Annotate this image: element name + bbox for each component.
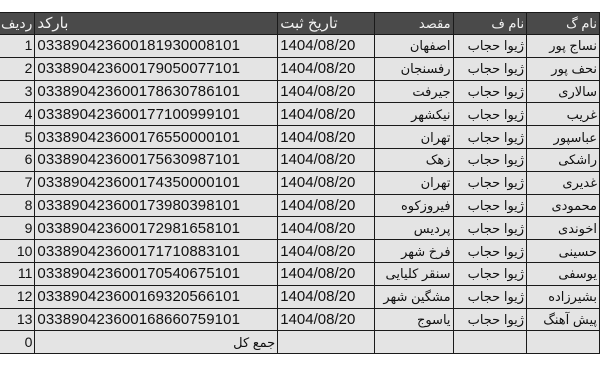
cell-index[interactable]: 2: [0, 57, 35, 80]
cell-destination[interactable]: اصفهان: [375, 35, 453, 58]
cell-name-f[interactable]: ژیوا حجاب: [453, 217, 527, 240]
cell-name-f[interactable]: ژیوا حجاب: [453, 148, 527, 171]
header-name-f[interactable]: نام ف: [453, 13, 527, 35]
cell-index[interactable]: 7: [0, 171, 35, 194]
total-empty-name-g[interactable]: [527, 331, 600, 354]
cell-destination[interactable]: تهران: [375, 171, 453, 194]
cell-date[interactable]: 1404/08/20: [278, 240, 375, 263]
header-index[interactable]: ردیف: [0, 13, 35, 35]
cell-name-f[interactable]: ژیوا حجاب: [453, 308, 527, 331]
header-barcode[interactable]: بارکد: [35, 13, 278, 35]
cell-date[interactable]: 1404/08/20: [278, 103, 375, 126]
cell-name-g[interactable]: راشکی: [527, 148, 600, 171]
cell-name-f[interactable]: ژیوا حجاب: [453, 285, 527, 308]
table-row: 12 033890423600169320566101 1404/08/20 م…: [0, 285, 600, 308]
cell-barcode[interactable]: 033890423600169320566101: [35, 285, 278, 308]
total-label[interactable]: جمع کل: [35, 331, 278, 354]
table-row: 8 033890423600173980398101 1404/08/20 فی…: [0, 194, 600, 217]
cell-barcode[interactable]: 033890423600181930008101: [35, 35, 278, 58]
cell-name-g[interactable]: محمودی: [527, 194, 600, 217]
cell-index[interactable]: 6: [0, 148, 35, 171]
cell-index[interactable]: 3: [0, 80, 35, 103]
header-row: ردیف بارکد تاریخ ثبت مقصد نام ف نام گ: [0, 13, 600, 35]
cell-barcode[interactable]: 033890423600172981658101: [35, 217, 278, 240]
cell-date[interactable]: 1404/08/20: [278, 308, 375, 331]
cell-index[interactable]: 4: [0, 103, 35, 126]
total-empty-name-f[interactable]: [453, 331, 527, 354]
cell-date[interactable]: 1404/08/20: [278, 262, 375, 285]
cell-name-g[interactable]: نساج پور: [527, 35, 600, 58]
total-empty-date[interactable]: [278, 331, 375, 354]
cell-destination[interactable]: فرخ شهر: [375, 240, 453, 263]
table-row: 11 033890423600170540675101 1404/08/20 س…: [0, 262, 600, 285]
cell-barcode[interactable]: 033890423600173980398101: [35, 194, 278, 217]
cell-date[interactable]: 1404/08/20: [278, 35, 375, 58]
cell-barcode[interactable]: 033890423600174350000101: [35, 171, 278, 194]
cell-barcode[interactable]: 033890423600177100999101: [35, 103, 278, 126]
cell-destination[interactable]: جیرفت: [375, 80, 453, 103]
cell-destination[interactable]: سنقر کلیایی: [375, 262, 453, 285]
cell-barcode[interactable]: 033890423600178630786101: [35, 80, 278, 103]
cell-index[interactable]: 8: [0, 194, 35, 217]
cell-index[interactable]: 1: [0, 35, 35, 58]
cell-barcode[interactable]: 033890423600175630987101: [35, 148, 278, 171]
cell-name-f[interactable]: ژیوا حجاب: [453, 194, 527, 217]
cell-destination[interactable]: تهران: [375, 126, 453, 149]
cell-name-g[interactable]: عباسپور: [527, 126, 600, 149]
cell-barcode[interactable]: 033890423600179050077101: [35, 57, 278, 80]
cell-destination[interactable]: زهک: [375, 148, 453, 171]
table-row: 6 033890423600175630987101 1404/08/20 زه…: [0, 148, 600, 171]
table-row: 2 033890423600179050077101 1404/08/20 رف…: [0, 57, 600, 80]
cell-destination[interactable]: مشگین شهر: [375, 285, 453, 308]
header-destination[interactable]: مقصد: [375, 13, 453, 35]
spreadsheet: ردیف بارکد تاریخ ثبت مقصد نام ف نام گ 1 …: [0, 12, 600, 354]
cell-date[interactable]: 1404/08/20: [278, 57, 375, 80]
cell-name-g[interactable]: نحف پور: [527, 57, 600, 80]
cell-name-g[interactable]: اخوندی: [527, 217, 600, 240]
total-row: 0 جمع کل: [0, 331, 600, 354]
cell-name-f[interactable]: ژیوا حجاب: [453, 80, 527, 103]
header-name-g[interactable]: نام گ: [527, 13, 600, 35]
table-row: 13 033890423600168660759101 1404/08/20 ی…: [0, 308, 600, 331]
table-row: 10 033890423600171710883101 1404/08/20 ف…: [0, 240, 600, 263]
cell-index[interactable]: 13: [0, 308, 35, 331]
cell-name-g[interactable]: پیش آهنگ: [527, 308, 600, 331]
cell-name-g[interactable]: حسینی: [527, 240, 600, 263]
cell-index[interactable]: 12: [0, 285, 35, 308]
cell-date[interactable]: 1404/08/20: [278, 217, 375, 240]
cell-name-f[interactable]: ژیوا حجاب: [453, 35, 527, 58]
cell-destination[interactable]: یاسوج: [375, 308, 453, 331]
cell-name-f[interactable]: ژیوا حجاب: [453, 126, 527, 149]
shipment-table: ردیف بارکد تاریخ ثبت مقصد نام ف نام گ 1 …: [0, 12, 600, 354]
cell-name-g[interactable]: یوسفی: [527, 262, 600, 285]
total-empty-destination[interactable]: [375, 331, 453, 354]
cell-barcode[interactable]: 033890423600170540675101: [35, 262, 278, 285]
cell-date[interactable]: 1404/08/20: [278, 148, 375, 171]
table-row: 1 033890423600181930008101 1404/08/20 اص…: [0, 35, 600, 58]
cell-date[interactable]: 1404/08/20: [278, 285, 375, 308]
cell-name-f[interactable]: ژیوا حجاب: [453, 171, 527, 194]
cell-date[interactable]: 1404/08/20: [278, 80, 375, 103]
cell-destination[interactable]: فیروزکوه: [375, 194, 453, 217]
cell-name-g[interactable]: غدیری: [527, 171, 600, 194]
cell-barcode[interactable]: 033890423600168660759101: [35, 308, 278, 331]
cell-barcode[interactable]: 033890423600171710883101: [35, 240, 278, 263]
cell-name-g[interactable]: سالاری: [527, 80, 600, 103]
table-row: 5 033890423600176550000101 1404/08/20 ته…: [0, 126, 600, 149]
total-value[interactable]: 0: [0, 331, 35, 354]
table-row: 7 033890423600174350000101 1404/08/20 ته…: [0, 171, 600, 194]
header-date[interactable]: تاریخ ثبت: [278, 13, 375, 35]
table-row: 3 033890423600178630786101 1404/08/20 جی…: [0, 80, 600, 103]
cell-index[interactable]: 11: [0, 262, 35, 285]
cell-name-g[interactable]: بشیرزاده: [527, 285, 600, 308]
cell-name-g[interactable]: غریب: [527, 103, 600, 126]
cell-barcode[interactable]: 033890423600176550000101: [35, 126, 278, 149]
table-row: 4 033890423600177100999101 1404/08/20 نی…: [0, 103, 600, 126]
cell-date[interactable]: 1404/08/20: [278, 194, 375, 217]
cell-date[interactable]: 1404/08/20: [278, 171, 375, 194]
cell-date[interactable]: 1404/08/20: [278, 126, 375, 149]
cell-name-f[interactable]: ژیوا حجاب: [453, 240, 527, 263]
cell-name-f[interactable]: ژیوا حجاب: [453, 262, 527, 285]
cell-index[interactable]: 5: [0, 126, 35, 149]
cell-index[interactable]: 9: [0, 217, 35, 240]
table-row: 9 033890423600172981658101 1404/08/20 پر…: [0, 217, 600, 240]
cell-name-f[interactable]: ژیوا حجاب: [453, 103, 527, 126]
cell-destination[interactable]: پردیس: [375, 217, 453, 240]
cell-destination[interactable]: نیکشهر: [375, 103, 453, 126]
cell-index[interactable]: 10: [0, 240, 35, 263]
cell-name-f[interactable]: ژیوا حجاب: [453, 57, 527, 80]
cell-destination[interactable]: رفسنجان: [375, 57, 453, 80]
